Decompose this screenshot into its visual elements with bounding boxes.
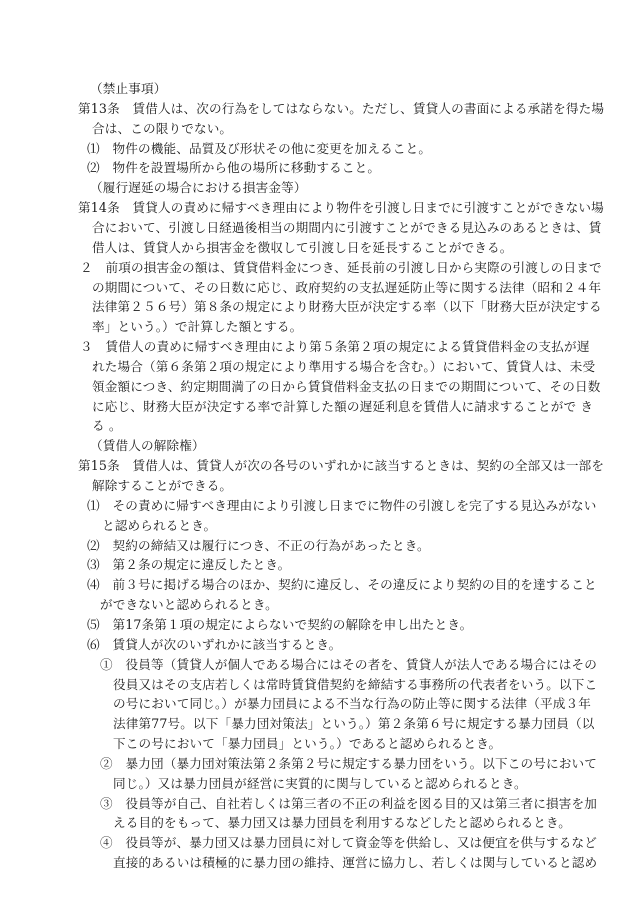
document-line: 解除することができる。	[92, 478, 232, 494]
document-line: 第13条 賃借人は、次の行為をしてはならない。ただし、賃貸人の書面による承諾を得…	[78, 101, 604, 117]
document-line: 領金額につき、約定期間満了の日から賃貸借料金支払の日までの期間について、その日数	[92, 379, 601, 395]
document-line: に応じ、財務大臣が決定する率で計算した額の遅延利息を賃借人に請求することがで き	[92, 399, 593, 415]
document-line: （禁止事項）	[90, 81, 166, 97]
document-line: 法律第２５６号）第８条の規定により財務大臣が決定する率（以下「財務大臣が決定する	[92, 299, 602, 315]
document-line: ⑶ 第２条の規定に違反したとき。	[87, 557, 290, 573]
document-line: と認められるとき。	[102, 518, 216, 534]
document-line: ができないと認められるとき。	[100, 597, 278, 613]
document-line: （履行遅延の場合における損害金等）	[90, 180, 307, 196]
document-line: 直接的あるいは積極的に暴力団の維持、運営に協力し、若しくは関与していると認め	[113, 855, 597, 871]
document-line: ⑸ 第17条第１項の規定によらないで契約の解除を申し出たとき。	[87, 617, 472, 633]
document-line: 法律第77号。以下「暴力団対策法」という。）第２条第６号に規定する暴力団員（以	[113, 716, 595, 732]
document-line: ⑹ 賃貸人が次のいずれかに該当するとき。	[87, 637, 341, 653]
document-line: ⑴ その責めに帰すべき理由により引渡し日までに物件の引渡しを完了する見込みがない	[87, 498, 597, 514]
document-line: ⑵ 契約の締結又は履行につき、不正の行為があったとき。	[87, 538, 430, 554]
document-line: 借人は、賃貸人から損害金を徴収して引渡し日を延長することができる。	[92, 240, 513, 256]
document-line: 第14条 賃貸人の責めに帰すべき理由により物件を引渡し日までに引渡すことができな…	[78, 200, 604, 216]
document-line: 下この号において「暴力団員」という。）であると認められるとき。	[113, 736, 501, 752]
document-line: ② 暴力団（暴力団対策法第２条第２号に規定する暴力団をいう。以下この号において	[100, 756, 597, 772]
document-line: 合において、引渡し日経過後相当の期間内に引渡すことができる見込みのあるときは、賃	[92, 220, 602, 236]
document-page: （禁止事項）第13条 賃借人は、次の行為をしてはならない。ただし、賃貸人の書面に…	[0, 0, 630, 903]
document-line: る 。	[92, 418, 122, 434]
document-line: ⑵ 物件を設置場所から他の場所に移動すること。	[87, 160, 380, 176]
document-line: の期間について、その日数に応じ、政府契約の支払遅延防止等に関する法律（昭和２４年	[92, 280, 601, 296]
document-line: ① 役員等（賃貸人が個人である場合にはその者を、賃貸人が法人である場合にはその	[100, 657, 597, 673]
document-line: 合は、この限りでない。	[92, 121, 232, 137]
document-line: ③ 役員等が自己、自社若しくは第三者の不正の利益を図る目的又は第三者に損害を加	[100, 796, 597, 812]
document-line: 第15条 賃借人は、賃貸人が次の各号のいずれかに該当するときは、契約の全部又は一…	[78, 458, 604, 474]
document-line: 同じ。）又は暴力団員が経営に実質的に関与していると認められるとき。	[113, 776, 527, 792]
document-line: ⑷ 前３号に掲げる場合のほか、契約に違反し、その違反により契約の目的を達すること	[87, 577, 597, 593]
document-line: ２ 前項の損害金の額は、賃貸借料金につき、延長前の引渡し日から実際の引渡しの日ま…	[80, 260, 602, 276]
document-line: える目的をもって、暴力団又は暴力団員を利用するなどしたと認められるとき。	[113, 815, 571, 831]
document-line: ⑴ 物件の機能、品質及び形状その他に変更を加えること。	[87, 141, 431, 157]
document-line: ３ 賃借人の責めに帰すべき理由により第５条第２項の規定による賃貸借料金の支払が遅	[80, 339, 590, 355]
document-line: れた場合（第６条第２項の規定により準用する場合を含む。）において、賃貸人は、未受	[92, 359, 595, 375]
document-line: 率」という。）で計算した額とする。	[92, 319, 302, 335]
document-line: （賃借人の解除権）	[90, 438, 205, 454]
document-line: ④ 役員等が、暴力団又は暴力団員に対して資金等を供給し、又は便宜を供与するなど	[100, 835, 597, 851]
document-line: の号において同じ。）が暴力団員による不当な行為の防止等に関する法律（平成３年	[113, 696, 591, 712]
document-line: 役員又はその支店若しくは常時賃貸借契約を締結する事務所の代表者をいう。以下こ	[113, 677, 597, 693]
